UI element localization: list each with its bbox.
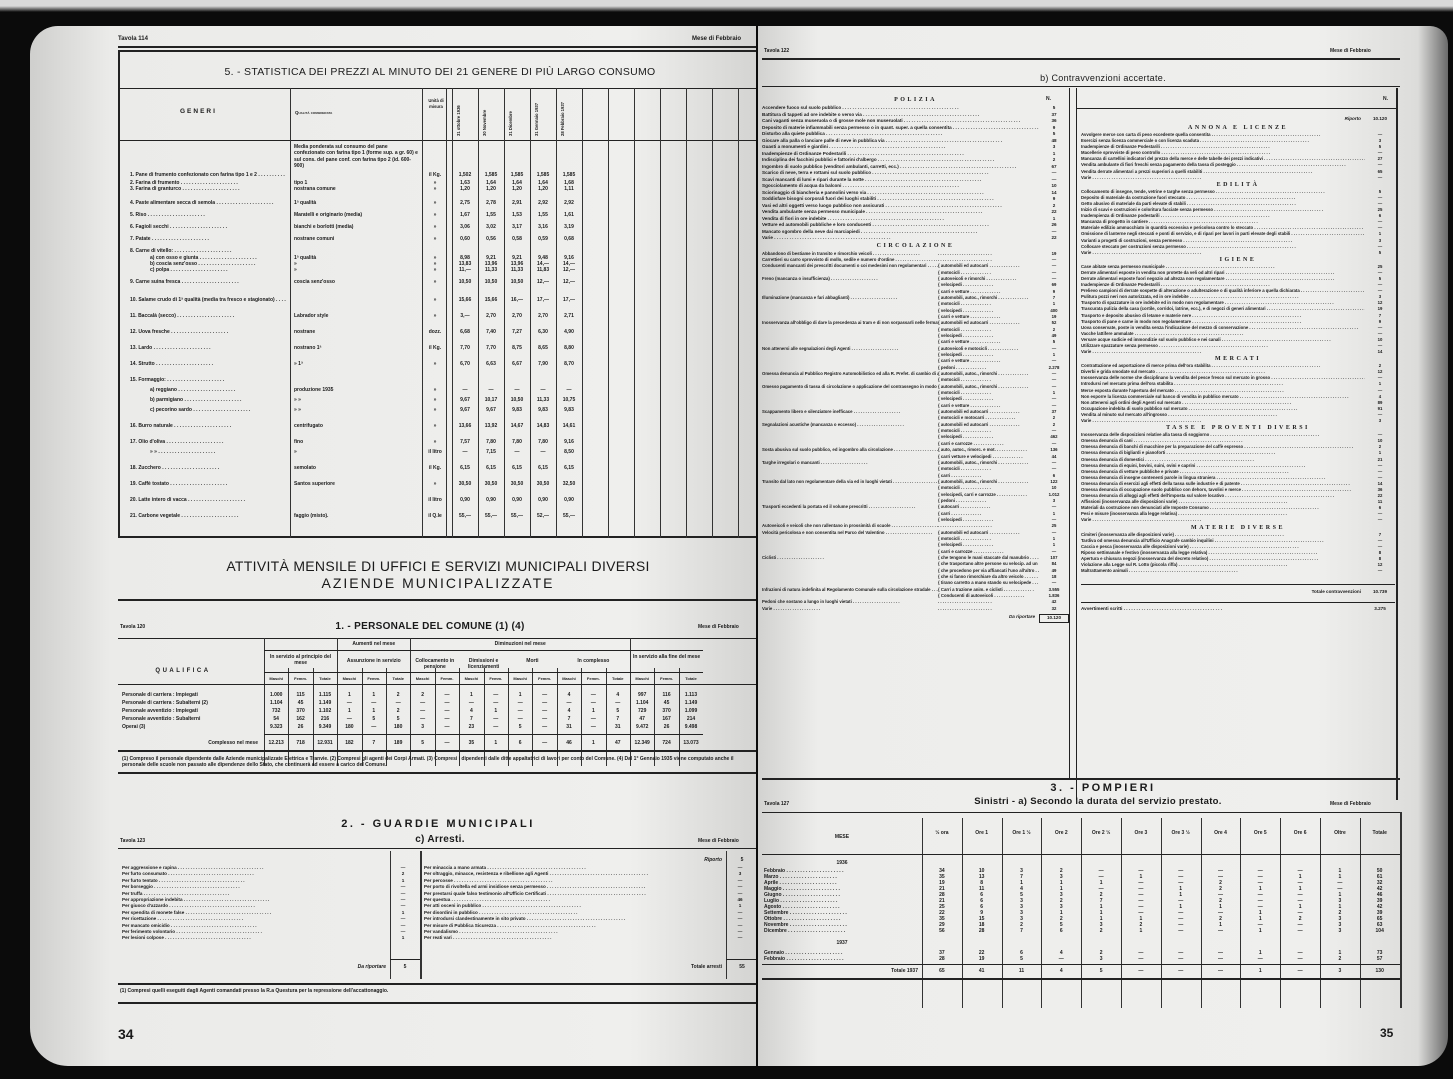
date-col-header: 28 Febbraio 1937	[560, 86, 565, 136]
personale-value: 729	[630, 708, 654, 714]
pompieri-tavola: Tavola 127	[764, 801, 789, 807]
pompieri-col-header: Ore 3	[1121, 830, 1161, 836]
personale-value: 370	[654, 708, 678, 714]
personale-value: 1.149	[679, 700, 703, 706]
personale-value: 4	[459, 708, 483, 714]
price-value: 2,91	[504, 200, 530, 206]
personale-subcol: Maschi	[508, 676, 532, 682]
price-value: —	[478, 387, 504, 393]
personale-total-value: 46	[557, 740, 581, 746]
price-value: 0,68	[556, 236, 582, 242]
price-value: 12,—	[530, 279, 556, 285]
price-value: 0,90	[530, 497, 556, 503]
guardie-subtitle: c) Arresti.	[330, 834, 550, 845]
personale-table: QUALIFICAIn servizio al principio del me…	[118, 638, 756, 808]
pompieri-col-header: Oltre	[1320, 830, 1360, 836]
personale-value: 1	[484, 708, 508, 714]
price-value: 10,50	[452, 279, 478, 285]
price-qualita: fino	[294, 439, 418, 445]
pompieri-value: —	[1240, 956, 1280, 962]
pompieri-value: —	[1161, 956, 1201, 962]
personale-total-value: 7	[362, 740, 386, 746]
price-genere: 13. Lardo . . . . . . . . . . . . . . . …	[130, 345, 286, 351]
price-value: 1,55	[530, 212, 556, 218]
contravvenzione-value: —	[1365, 568, 1395, 574]
price-value: 3,17	[504, 224, 530, 230]
price-genere: c) polpa . . . . . . . . . . . . . . . .…	[150, 267, 286, 273]
price-value: —	[504, 387, 530, 393]
price-unita: »	[424, 407, 446, 413]
section-heading-mercati: MERCATI	[1081, 355, 1395, 363]
personale-total-value: 5	[410, 740, 434, 746]
personale-total-value: 47	[606, 740, 630, 746]
personale-value: —	[508, 716, 532, 722]
contravvenzione-value: 22	[1039, 235, 1069, 242]
personale-value: 180	[386, 724, 410, 730]
personale-value: 31	[606, 724, 630, 730]
personale-subcol: Totale	[313, 676, 337, 682]
price-value: 2,70	[478, 313, 504, 319]
pompieri-total-value: —	[1161, 968, 1201, 974]
divider	[118, 983, 756, 985]
price-qualita: 1ª qualità	[294, 200, 418, 206]
price-value: 12,—	[556, 267, 582, 273]
price-unita: »	[424, 397, 446, 403]
price-value: 1,20	[452, 186, 478, 192]
pompieri-value: 19	[962, 956, 1002, 962]
col-n-right: N.	[1383, 96, 1388, 102]
arrest-value: —	[724, 935, 756, 941]
price-qualita: semolato	[294, 465, 418, 471]
pompieri-subtitle: Sinistri - a) Secondo la durata del serv…	[908, 796, 1288, 807]
personale-value: —	[337, 700, 361, 706]
arrest-item: Per lesioni colpose . . . . . . . . . . …	[122, 935, 418, 941]
personale-total-value: 182	[337, 740, 361, 746]
section-list-igiene: Case abitate senza permesso municipale .…	[1081, 264, 1395, 355]
personale-value: 214	[679, 716, 703, 722]
contravvenzione-value: 32	[1039, 606, 1069, 612]
riporto-label: Riporto	[638, 857, 722, 863]
contravvenzione-label: Maltrattamento animali . . . . . . . . .…	[1081, 568, 1365, 574]
divider	[762, 964, 1400, 965]
arrest-value: 1	[388, 935, 418, 941]
price-value: 6,15	[452, 465, 478, 471]
price-unita: il litro	[424, 449, 446, 455]
price-value: —	[530, 387, 556, 393]
price-value: 6,70	[452, 361, 478, 367]
grid-line	[446, 88, 447, 538]
personale-value: —	[532, 708, 556, 714]
personale-value: 7	[557, 716, 581, 722]
personale-value: —	[337, 716, 361, 722]
left-tavola-label: Tavola 114	[118, 36, 148, 42]
price-genere: a) reggiano . . . . . . . . . . . . . . …	[150, 387, 286, 393]
guardie-title: 2. - GUARDIE MUNICIPALI	[118, 818, 756, 830]
polizia-heading: POLIZIA	[762, 96, 1069, 105]
price-value: 8,75	[504, 345, 530, 351]
personale-value: 216	[313, 716, 337, 722]
personale-total-value: 35	[459, 740, 483, 746]
pompieri-col-header: Ore 2	[1041, 830, 1081, 836]
date-col-header: 31 ottobre 1936	[456, 86, 461, 136]
personale-subcol: Maschi	[630, 676, 654, 682]
personale-value: —	[410, 716, 434, 722]
price-qualita: bianchi e borlotti (media)	[294, 224, 418, 230]
price-value: —	[556, 387, 582, 393]
contravvenzione-subcategory: . . . . . . . . . . . . . . . . . . . . …	[938, 606, 1039, 612]
right-tavola-label: Tavola 122	[764, 48, 789, 54]
price-value: 17,—	[556, 297, 582, 303]
personale-subcol: Femm.	[484, 676, 508, 682]
personale-value: 167	[654, 716, 678, 722]
price-value: 7,57	[452, 439, 478, 445]
price-value: 8,80	[556, 345, 582, 351]
personale-subcol: Femm.	[581, 676, 605, 682]
personale-row-label: Personale di carriera : Impiegati	[122, 692, 262, 698]
price-value: 3,19	[556, 224, 582, 230]
personale-value: —	[362, 700, 386, 706]
personale-value: —	[581, 692, 605, 698]
personale-value: —	[435, 716, 459, 722]
price-value: 10,50	[504, 397, 530, 403]
price-value: 7,80	[504, 439, 530, 445]
price-value: 14,83	[530, 423, 556, 429]
personale-value: 1.000	[264, 692, 288, 698]
arrest-item: Per reati vari . . . . . . . . . . . . .…	[424, 935, 756, 941]
personale-subcol: Femm.	[435, 676, 459, 682]
header-rule	[118, 46, 756, 48]
price-value: 32,50	[556, 481, 582, 487]
personale-value: 997	[630, 692, 654, 698]
personale-value: —	[581, 724, 605, 730]
price-genere: 4. Paste alimentare secca di semola . . …	[130, 200, 286, 206]
price-unita: »	[424, 297, 446, 303]
riporto-value: 5	[726, 857, 756, 863]
date-col-header: 31 Dicembre	[508, 86, 513, 136]
divider	[118, 599, 756, 601]
personale-total-value: 12.349	[630, 740, 654, 746]
personale-value: 5	[386, 716, 410, 722]
section-list-tasse: Inosservanza delle disposizioni relative…	[1081, 432, 1395, 523]
personale-value: 1	[362, 692, 386, 698]
contravvenzione-value: —	[1365, 517, 1395, 523]
price-value: 9,67	[478, 407, 504, 413]
personale-subcol: Maschi	[410, 676, 434, 682]
price-genere: 14. Strutto . . . . . . . . . . . . . . …	[130, 361, 286, 367]
personale-subcol: Femm.	[362, 676, 386, 682]
price-genere: 15. Formaggio: . . . . . . . . . . . . .…	[130, 377, 286, 383]
price-value: 1,20	[530, 186, 556, 192]
price-value: 3,16	[530, 224, 556, 230]
price-value: 8,65	[530, 345, 556, 351]
personale-value: 9.349	[313, 724, 337, 730]
totale-arresti-value: 55	[726, 964, 756, 970]
contravvenzione-label: Varie . . . . . . . . . . . . . . . . . …	[1081, 250, 1365, 256]
price-genere: 9. Carne suina fresca . . . . . . . . . …	[130, 279, 286, 285]
pompieri-month: Dicembre . . . . . . . . . . . . . . . .…	[764, 928, 914, 934]
price-qualita: nostrane	[294, 329, 418, 335]
personale-value: 54	[264, 716, 288, 722]
price-value: 15,66	[452, 297, 478, 303]
price-qualita: centrifugato	[294, 423, 418, 429]
grid-line	[634, 88, 635, 538]
price-value: 0,90	[556, 497, 582, 503]
personale-month: Mese di Febbraio	[698, 624, 739, 630]
price-value: 2,70	[504, 313, 530, 319]
personale-value: —	[386, 700, 410, 706]
price-unita: »	[424, 313, 446, 319]
divider	[118, 848, 756, 849]
personale-value: —	[532, 716, 556, 722]
personale-value: —	[508, 700, 532, 706]
personale-subcol: Maschi	[337, 676, 361, 682]
pompieri-value: 56	[922, 928, 962, 934]
price-unita: »	[424, 212, 446, 218]
price-qualita: nostrano 1ª	[294, 345, 418, 351]
personale-value: 5	[362, 716, 386, 722]
contravvenzioni-title: b) Contravvenzioni accertate.	[758, 73, 1448, 83]
price-qualita: » 1ª	[294, 361, 418, 367]
col-qualifica: QUALIFICA	[128, 668, 238, 674]
price-unita: »	[424, 387, 446, 393]
col-unita: Unità di misura	[426, 98, 446, 111]
personale-subcol: Femm.	[654, 676, 678, 682]
totale-contravvenzioni-label: Totale contravvenzioni	[1081, 589, 1365, 595]
personale-subcol: Femm.	[532, 676, 556, 682]
personale-value: —	[532, 692, 556, 698]
personale-subcol: Maschi	[264, 676, 288, 682]
da-riportare-label: Da riportare	[762, 614, 1039, 622]
price-value: 8,70	[556, 361, 582, 367]
divider	[118, 684, 756, 685]
price-value: 9,67	[452, 397, 478, 403]
divider	[264, 650, 703, 651]
personale-value: —	[459, 700, 483, 706]
price-value: 3,—	[452, 313, 478, 319]
price-value: 10,17	[478, 397, 504, 403]
personale-total-value: 6	[508, 740, 532, 746]
price-value: 1,585	[504, 172, 530, 178]
price-value: 55,—	[452, 513, 478, 519]
price-value: 11,83	[530, 267, 556, 273]
personale-total-value: —	[435, 740, 459, 746]
section-heading-materie: MATERIE DIVERSE	[1081, 524, 1395, 532]
pompieri-total-value: 11	[1002, 968, 1042, 974]
personale-value: 4	[557, 692, 581, 698]
price-genere: 12. Uova fresche . . . . . . . . . . . .…	[130, 329, 286, 335]
section-heading-edilita: EDILITÀ	[1081, 181, 1395, 189]
personale-total-value: 12.213	[264, 740, 288, 746]
price-genere: 10. Salame crudo di 1ª qualità (media tr…	[130, 297, 286, 303]
price-value: 0,90	[478, 497, 504, 503]
price-value: 1,585	[478, 172, 504, 178]
price-genere: 3. Farina di granturco . . . . . . . . .…	[130, 186, 286, 192]
personale-value: 1.113	[679, 692, 703, 698]
contravvenzione-value: 14	[1365, 349, 1395, 355]
da-riportare-value: 5	[390, 964, 420, 970]
totale-contravvenzioni-row: Totale contravvenzioni10.739	[1081, 584, 1395, 595]
pompieri-value: 2	[1320, 956, 1360, 962]
personale-value: —	[606, 700, 630, 706]
contravvenzione-label: Varie . . . . . . . . . . . . . . . . . …	[1081, 517, 1365, 523]
left-month-label: Mese di Febbraio	[692, 36, 741, 42]
section-heading-annona: ANNONA E LICENZE	[1081, 124, 1395, 132]
personale-value: 2	[386, 708, 410, 714]
price-genere: 18. Zucchero . . . . . . . . . . . . . .…	[130, 465, 286, 471]
price-value: 55,—	[556, 513, 582, 519]
section-title-line2: AZIENDE MUNICIPALIZZATE	[118, 575, 756, 591]
grid-line	[420, 851, 422, 979]
divider	[118, 1002, 756, 1004]
col-qualita: Qualità considerata	[295, 110, 332, 115]
personale-value: —	[484, 692, 508, 698]
guardie-month: Mese di Febbraio	[698, 838, 739, 844]
price-qualita: produzione 1935	[294, 387, 418, 393]
price-value: 8,50	[556, 449, 582, 455]
pompieri-total-value: 41	[962, 968, 1002, 974]
header-rule	[762, 58, 1400, 60]
page-number-left: 34	[118, 1026, 134, 1042]
price-value: 1,61	[556, 212, 582, 218]
pompieri-total-value: 3	[1320, 968, 1360, 974]
personale-value: —	[532, 724, 556, 730]
price-unita: il litro	[424, 497, 446, 503]
personale-value: 1.102	[313, 708, 337, 714]
personale-total-value: 724	[654, 740, 678, 746]
price-unita: »	[424, 361, 446, 367]
price-qualita: Media ponderata sul consumo del pane con…	[294, 144, 418, 169]
personale-value: 2	[410, 692, 434, 698]
guardie-left-column: Per aggressione e rapina . . . . . . . .…	[122, 865, 418, 942]
price-unita: »	[424, 224, 446, 230]
price-value: 1,53	[504, 212, 530, 218]
price-value: 9,67	[452, 407, 478, 413]
personale-total-label: Complesso nel mese	[178, 740, 262, 746]
price-genere: c) pecorino sardo . . . . . . . . . . . …	[150, 407, 286, 413]
section-list-materie: Cimiteri (inosservanza alle disposizioni…	[1081, 532, 1395, 575]
personale-value: 9.472	[630, 724, 654, 730]
price-value: 1,585	[556, 172, 582, 178]
da-riportare-row: Da riportare10.120	[762, 614, 1069, 622]
price-value: 2,92	[556, 200, 582, 206]
divider	[762, 812, 1400, 813]
divider	[762, 778, 1400, 780]
price-value: 1,502	[452, 172, 478, 178]
grid-line	[608, 88, 609, 538]
guardie-right-column: Per minaccia a mano armata . . . . . . .…	[424, 865, 756, 942]
personale-value: —	[410, 700, 434, 706]
personale-value: 1.104	[264, 700, 288, 706]
personale-value: 45	[288, 700, 312, 706]
price-unita: »	[424, 200, 446, 206]
edilita-item: Varie . . . . . . . . . . . . . . . . . …	[1081, 250, 1395, 256]
personale-value: 31	[557, 724, 581, 730]
pompieri-col-header: Ore 5	[1240, 830, 1280, 836]
divider	[264, 672, 703, 673]
personale-value: 1	[508, 692, 532, 698]
price-genere: 19. Caffè tostato . . . . . . . . . . . …	[130, 481, 286, 487]
guardie-tavola: Tavola 123	[120, 838, 145, 844]
grid-line	[686, 88, 687, 538]
riporto-row: Riporto 10.120	[1081, 116, 1395, 122]
price-unita: »	[424, 279, 446, 285]
circolazione-item: Varie . . . . . . . . . . . . . . . . . …	[762, 606, 1069, 612]
pompieri-col-header: Ore 6	[1280, 830, 1320, 836]
pompieri-value: 28	[922, 956, 962, 962]
contravvenzione-value: 5	[1365, 250, 1395, 256]
price-value: 7,70	[452, 345, 478, 351]
personale-value: 732	[264, 708, 288, 714]
personale-subcol: Maschi	[557, 676, 581, 682]
price-value: 6,63	[478, 361, 504, 367]
col-generi: GENERI	[180, 108, 217, 115]
price-value: 30,50	[478, 481, 504, 487]
pompieri-value: 3	[1320, 928, 1360, 934]
price-qualita: faggio (misto).	[294, 513, 418, 519]
personale-value: —	[435, 700, 459, 706]
contravvenzioni-left-column: POLIZIA Accendere fuoco sul suolo pubbli…	[762, 88, 1070, 778]
grid-line	[660, 88, 661, 538]
personale-total-value: 13.073	[679, 740, 703, 746]
personale-value: 7	[606, 716, 630, 722]
personale-value: 5	[508, 724, 532, 730]
section-title-line1: ATTIVITÀ MENSILE DI UFFICI E SERVIZI MUN…	[118, 558, 756, 575]
price-qualita: » »	[294, 397, 418, 403]
personale-value: 9.323	[264, 724, 288, 730]
personale-value: —	[410, 708, 434, 714]
col-mese: MESE	[762, 834, 922, 840]
pompieri-total-value: 4	[1041, 968, 1081, 974]
da-riportare-value: 10.120	[1039, 614, 1069, 622]
pompieri-col-header: Ore 2 ½	[1081, 830, 1121, 836]
pompieri-value: —	[1161, 928, 1201, 934]
riporto-label: Riporto	[1081, 116, 1365, 122]
pompieri-total-value: —	[1280, 968, 1320, 974]
pompieri-value: 5	[1002, 956, 1042, 962]
price-value: 2,70	[530, 313, 556, 319]
totale-arresti-label: Totale arresti	[618, 964, 722, 970]
pompieri-value: 1	[1240, 928, 1280, 934]
price-genere: 21. Carbone vegetale . . . . . . . . . .…	[130, 513, 286, 519]
divider	[762, 978, 1400, 980]
personale-value: —	[362, 724, 386, 730]
price-qualita: Maratelli e originario (media)	[294, 212, 418, 218]
price-value: 30,50	[452, 481, 478, 487]
pompieri-total-value: 130	[1360, 968, 1400, 974]
price-value: 15,66	[478, 297, 504, 303]
pompieri-value: 104	[1360, 928, 1400, 934]
price-value: 9,16	[556, 439, 582, 445]
price-genere: » » . . . . . . . . . . . . . . . . . . …	[150, 449, 286, 455]
personale-value: 1.149	[313, 700, 337, 706]
circolazione-list: Abbandono di bestiame in transito e rimo…	[762, 251, 1069, 623]
price-value: 16,—	[504, 297, 530, 303]
pompieri-total-value: —	[1201, 968, 1241, 974]
personale-value: —	[435, 692, 459, 698]
price-unita: il Kg.	[424, 172, 446, 178]
personale-total-value: —	[532, 740, 556, 746]
personale-value: —	[484, 700, 508, 706]
price-value: 0,59	[530, 236, 556, 242]
personale-subgroup-header: Assunzione in servizio	[337, 658, 410, 664]
personale-value: 1	[362, 708, 386, 714]
pompieri-total-value: —	[1121, 968, 1161, 974]
grid-line	[422, 88, 423, 538]
personale-value: 1.115	[313, 692, 337, 698]
personale-row-label: Operai (3)	[122, 724, 262, 730]
personale-value: 1	[459, 692, 483, 698]
personale-value: —	[435, 724, 459, 730]
